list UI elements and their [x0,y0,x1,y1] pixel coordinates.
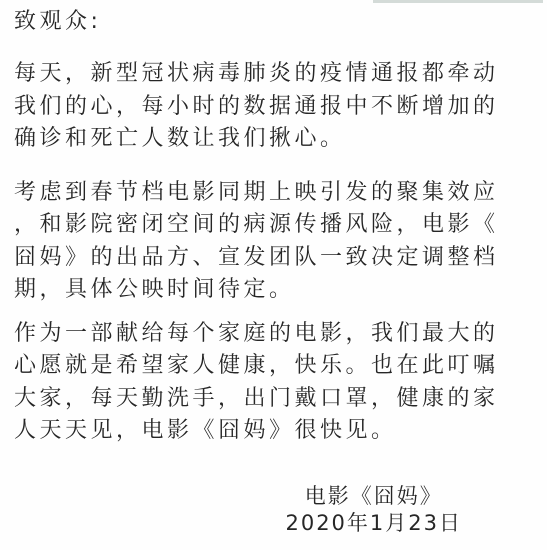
letter-body: 每天，新型冠状病毒肺炎的疫情通报都牵动我们的心，每小时的数据通报中不断增加的确诊… [14,58,534,448]
paragraph-line: 人天天见，电影《囧妈》很快见。 [14,415,534,448]
paragraph: 作为一部献给每个家庭的电影，我们最大的心愿就是希望家人健康，快乐。也在此叮嘱大家… [14,318,534,448]
paragraph: 每天，新型冠状病毒肺炎的疫情通报都牵动我们的心，每小时的数据通报中不断增加的确诊… [14,58,534,156]
paragraph: 考虑到春节档电影同期上映引发的聚集效应，和影院密闭空间的病源传播风险，电影《囧妈… [14,177,534,307]
paragraph-line: 期，具体公映时间待定。 [14,274,534,307]
paragraph-line: ，和影院密闭空间的病源传播风险，电影《 [14,209,534,242]
signature-date: 2020年1月23日 [285,510,462,537]
letter-page: 致观众: 每天，新型冠状病毒肺炎的疫情通报都牵动我们的心，每小时的数据通报中不断… [0,0,547,550]
paragraph-line: 大家，每天勤洗手，出门戴口罩，健康的家 [14,383,534,416]
signature-name: 电影《囧妈》 [285,483,462,510]
screenshot-crop-strip [373,0,543,3]
paragraph-line: 我们的心，每小时的数据通报中不断增加的 [14,91,534,124]
paragraph-line: 确诊和死亡人数让我们揪心。 [14,123,534,156]
salutation: 致观众: [14,5,534,38]
paragraph-line: 囧妈》的出品方、宣发团队一致决定调整档 [14,242,534,275]
paragraph-line: 作为一部献给每个家庭的电影，我们最大的 [14,318,534,351]
paragraph-line: 心愿就是希望家人健康，快乐。也在此叮嘱 [14,350,534,383]
letter-content: 致观众: 每天，新型冠状病毒肺炎的疫情通报都牵动我们的心，每小时的数据通报中不断… [14,5,534,537]
signature-block: 电影《囧妈》 2020年1月23日 [285,483,462,537]
paragraph-line: 考虑到春节档电影同期上映引发的聚集效应 [14,177,534,210]
paragraph-line: 每天，新型冠状病毒肺炎的疫情通报都牵动 [14,58,534,91]
